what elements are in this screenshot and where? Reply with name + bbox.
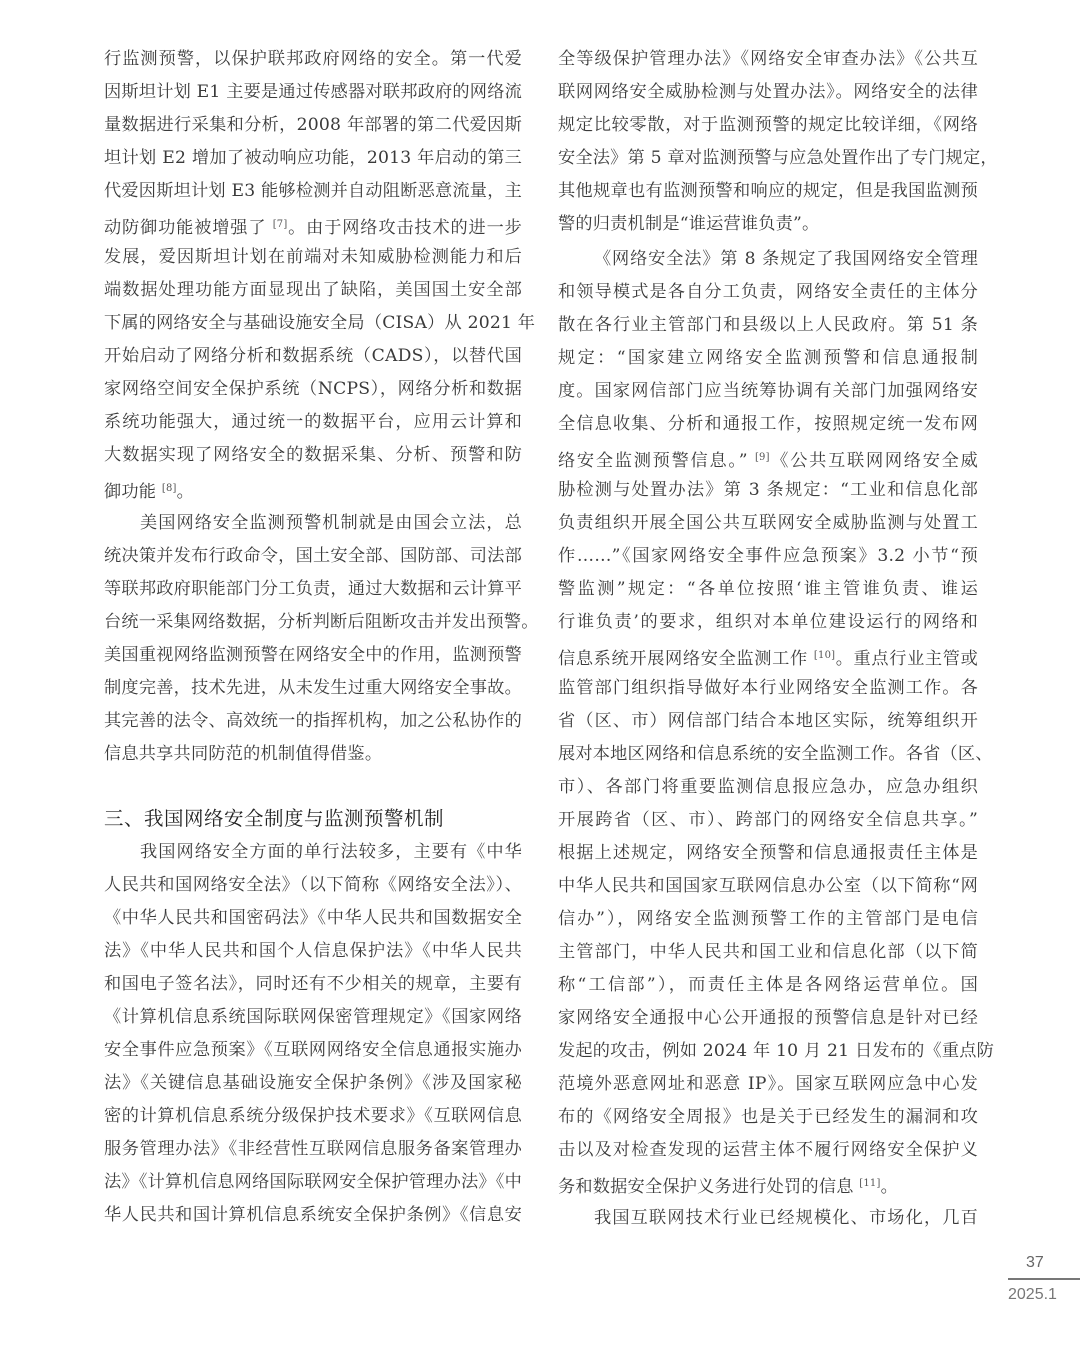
text-line: 其完善的法令、高效统一的指挥机构，加之公私协作的 [104,705,522,738]
text-span: 。由于网络攻击技术的进一步 [287,218,522,238]
text-line: 安全法》第 5 章对监测预警与应急处置作出了专门规定， [558,142,978,175]
text-line: 端数据处理功能方面显现出了缺陷，美国国土安全部 [104,274,522,307]
text-line: 络安全监测预警信息。” [9]《公共互联网网络安全威 [558,441,978,474]
text-line: 全信息收集、分析和通报工作，按照规定统一发布网 [558,408,978,441]
text-line: 警的归责机制是“谁运营谁负责”。 [558,208,978,241]
text-line: 监管部门组织指导做好本行业网络安全监测工作。各 [558,672,978,705]
text-line: 散在各行业主管部门和县级以上人民政府。第 51 条 [558,309,978,342]
text-line: 信息共享共同防范的机制值得借鉴。 [104,738,522,771]
folio-divider [1008,1278,1080,1280]
text-span: 《公共互联网网络安全威 [770,451,978,471]
text-line: 量数据进行采集和分析，2008 年部署的第二代爱因斯 [104,109,522,142]
text-span: 络安全监测预警信息。” [558,451,748,471]
text-span: 。 [881,1177,898,1197]
text-line: 台统一采集网络数据，分析判断后阻断攻击并发出预警。 [104,606,522,639]
text-line: 代爱因斯坦计划 E3 能够检测并自动阻断恶意流量，主 [104,175,522,208]
text-line: 统决策并发布行政命令，国土安全部、国防部、司法部 [104,540,522,573]
text-line: 法》《中华人民共和国个人信息保护法》《中华人民共 [104,935,522,968]
page-number: 37 [1000,1252,1080,1274]
text-line: 范境外恶意网址和恶意 IP》。国家互联网应急中心发 [558,1068,978,1101]
text-line: 根据上述规定，网络安全预警和信息通报责任主体是 [558,837,978,870]
page-folio: 37 2025.1 [1000,1252,1080,1306]
text-line: 坦计划 E2 增加了被动响应功能，2013 年启动的第三 [104,142,522,175]
text-span: 动防御功能被增强了 [104,218,266,238]
text-line: 警监测”规定：“各单位按照‘谁主管谁负责、谁运 [558,573,978,606]
text-line: 我国网络安全方面的单行法较多，主要有《中华 [104,836,522,869]
text-line: 作……”《国家网络安全事件应急预案》3.2 小节“预 [558,540,978,573]
text-line: 制度完善，技术先进，从未发生过重大网络安全事故。 [104,672,522,705]
text-line: 美国网络安全监测预警机制就是由国会立法，总 [104,507,522,540]
text-line: 开展跨省（区、市）、跨部门的网络安全信息共享。” [558,804,978,837]
text-line: 负责组织开展全国公共互联网安全威胁监测与处置工 [558,507,978,540]
text-line: 《中华人民共和国密码法》《中华人民共和国数据安全 [104,902,522,935]
text-line: 下属的网络安全与基础设施安全局（CISA）从 2021 年 [104,307,522,340]
text-line: 主管部门，中华人民共和国工业和信息化部（以下简 [558,936,978,969]
right-column: 全等级保护管理办法》《网络安全审查办法》《公共互 联网网络安全威胁检测与处置办法… [558,43,978,1235]
text-line: 击以及对检查发现的运营主体不履行网络安全保护义 [558,1134,978,1167]
text-line: 等联邦政府职能部门分工负责，通过大数据和云计算平 [104,573,522,606]
text-line: 我国互联网技术行业已经规模化、市场化，几百 [558,1202,978,1235]
text-line: 和国电子签名法》，同时还有不少相关的规章，主要有 [104,968,522,1001]
text-line: 和领导模式是各自分工负责，网络安全责任的主体分 [558,276,978,309]
text-line: 《网络安全法》第 8 条规定了我国网络安全管理 [558,243,978,276]
text-span: 。重点行业主管或 [835,649,978,669]
text-line: 大数据实现了网络安全的数据采集、分析、预警和防 [104,439,522,472]
text-line: 度。国家网信部门应当统筹协调有关部门加强网络安 [558,375,978,408]
issue-date: 2025.1 [1000,1284,1080,1306]
text-line: 省（区、市）网信部门结合本地区实际，统筹组织开 [558,705,978,738]
text-line: 开始启动了网络分析和数据系统（CADS），以替代国 [104,340,522,373]
text-line: 人民共和国网络安全法》（以下简称《网络安全法》）、 [104,869,522,902]
text-line: 发起的攻击，例如 2024 年 10 月 21 日发布的《重点防 [558,1035,978,1068]
citation-ref-8: [8] [162,483,177,494]
paragraph-us-mechanism-summary: 美国网络安全监测预警机制就是由国会立法，总 统决策并发布行政命令，国土安全部、国… [104,507,522,771]
paragraph-industry-scale: 我国互联网技术行业已经规模化、市场化，几百 [558,1202,978,1235]
text-line: 法》《计算机信息网络国际联网安全保护管理办法》《中 [104,1166,522,1199]
text-line: 称“工信部”），而责任主体是各网络运营单位。国 [558,969,978,1002]
text-line: 市）、各部门将重要监测信息报应急办，应急办组织 [558,771,978,804]
text-line: 系统功能强大，通过统一的数据平台，应用云计算和 [104,406,522,439]
text-line: 发展，爱因斯坦计划在前端对未知威胁检测能力和后 [104,241,522,274]
text-line: 《计算机信息系统国际联网保密管理规定》《国家网络 [104,1001,522,1034]
text-line: 安全事件应急预案》《互联网网络安全信息通报实施办 [104,1034,522,1067]
text-line: 中华人民共和国国家互联网信息办公室（以下简称“网 [558,870,978,903]
text-line: 胁检测与处置办法》第 3 条规定：“工业和信息化部 [558,474,978,507]
text-line: 华人民共和国计算机信息系统安全保护条例》《信息安 [104,1199,522,1232]
citation-ref-10: [10] [814,650,835,661]
paragraph-einstein-program: 行监测预警，以保护联邦政府网络的安全。第一代爱 因斯坦计划 E1 主要是通过传感… [104,43,522,505]
left-column: 行监测预警，以保护联邦政府网络的安全。第一代爱 因斯坦计划 E1 主要是通过传感… [104,43,522,1232]
text-line: 务和数据安全保护义务进行处罚的信息 [11]。 [558,1167,978,1200]
citation-ref-7: [7] [273,219,288,230]
text-line: 动防御功能被增强了 [7]。由于网络攻击技术的进一步 [104,208,522,241]
text-line: 行监测预警，以保护联邦政府网络的安全。第一代爱 [104,43,522,76]
text-span: 御功能 [104,482,156,502]
text-line: 御功能 [8]。 [104,472,522,505]
text-line: 布的《网络安全周报》也是关于已经发生的漏洞和攻 [558,1101,978,1134]
text-line: 信办”），网络安全监测预警工作的主管部门是电信 [558,903,978,936]
section-heading: 三、我国网络安全制度与监测预警机制 [104,799,522,839]
text-line: 美国重视网络监测预警在网络安全中的作用，监测预警 [104,639,522,672]
text-line: 因斯坦计划 E1 主要是通过传感器对联邦政府的网络流 [104,76,522,109]
text-span: 务和数据安全保护义务进行处罚的信息 [558,1177,854,1197]
text-line: 规定比较零散，对于监测预警的规定比较详细，《网络 [558,109,978,142]
text-line: 联网网络安全威胁检测与处置办法》。网络安全的法律 [558,76,978,109]
text-span: 。 [177,482,194,502]
citation-ref-11: [11] [859,1178,880,1189]
text-line: 信息系统开展网络安全监测工作 [10]。重点行业主管或 [558,639,978,672]
paragraph-laws-continued: 全等级保护管理办法》《网络安全审查办法》《公共互 联网网络安全威胁检测与处置办法… [558,43,978,241]
citation-ref-9: [9] [755,452,770,463]
text-line: 行谁负责’的要求，组织对本单位建设运行的网络和 [558,606,978,639]
text-span: 信息系统开展网络安全监测工作 [558,649,808,669]
text-line: 家网络安全通报中心公开通报的预警信息是针对已经 [558,1002,978,1035]
text-line: 服务管理办法》《非经营性互联网信息服务备案管理办 [104,1133,522,1166]
text-line: 展对本地区网络和信息系统的安全监测工作。各省（区、 [558,738,978,771]
text-line: 密的计算机信息系统分级保护技术要求》《互联网信息 [104,1100,522,1133]
text-line: 全等级保护管理办法》《网络安全审查办法》《公共互 [558,43,978,76]
paragraph-china-laws: 我国网络安全方面的单行法较多，主要有《中华 人民共和国网络安全法》（以下简称《网… [104,836,522,1232]
paragraph-cybersecurity-law-articles: 《网络安全法》第 8 条规定了我国网络安全管理 和领导模式是各自分工负责，网络安… [558,243,978,1200]
text-line: 法》《关键信息基础设施安全保护条例》《涉及国家秘 [104,1067,522,1100]
text-line: 其他规章也有监测预警和响应的规定，但是我国监测预 [558,175,978,208]
text-line: 家网络空间安全保护系统（NCPS），网络分析和数据 [104,373,522,406]
text-line: 规定：“国家建立网络安全监测预警和信息通报制 [558,342,978,375]
